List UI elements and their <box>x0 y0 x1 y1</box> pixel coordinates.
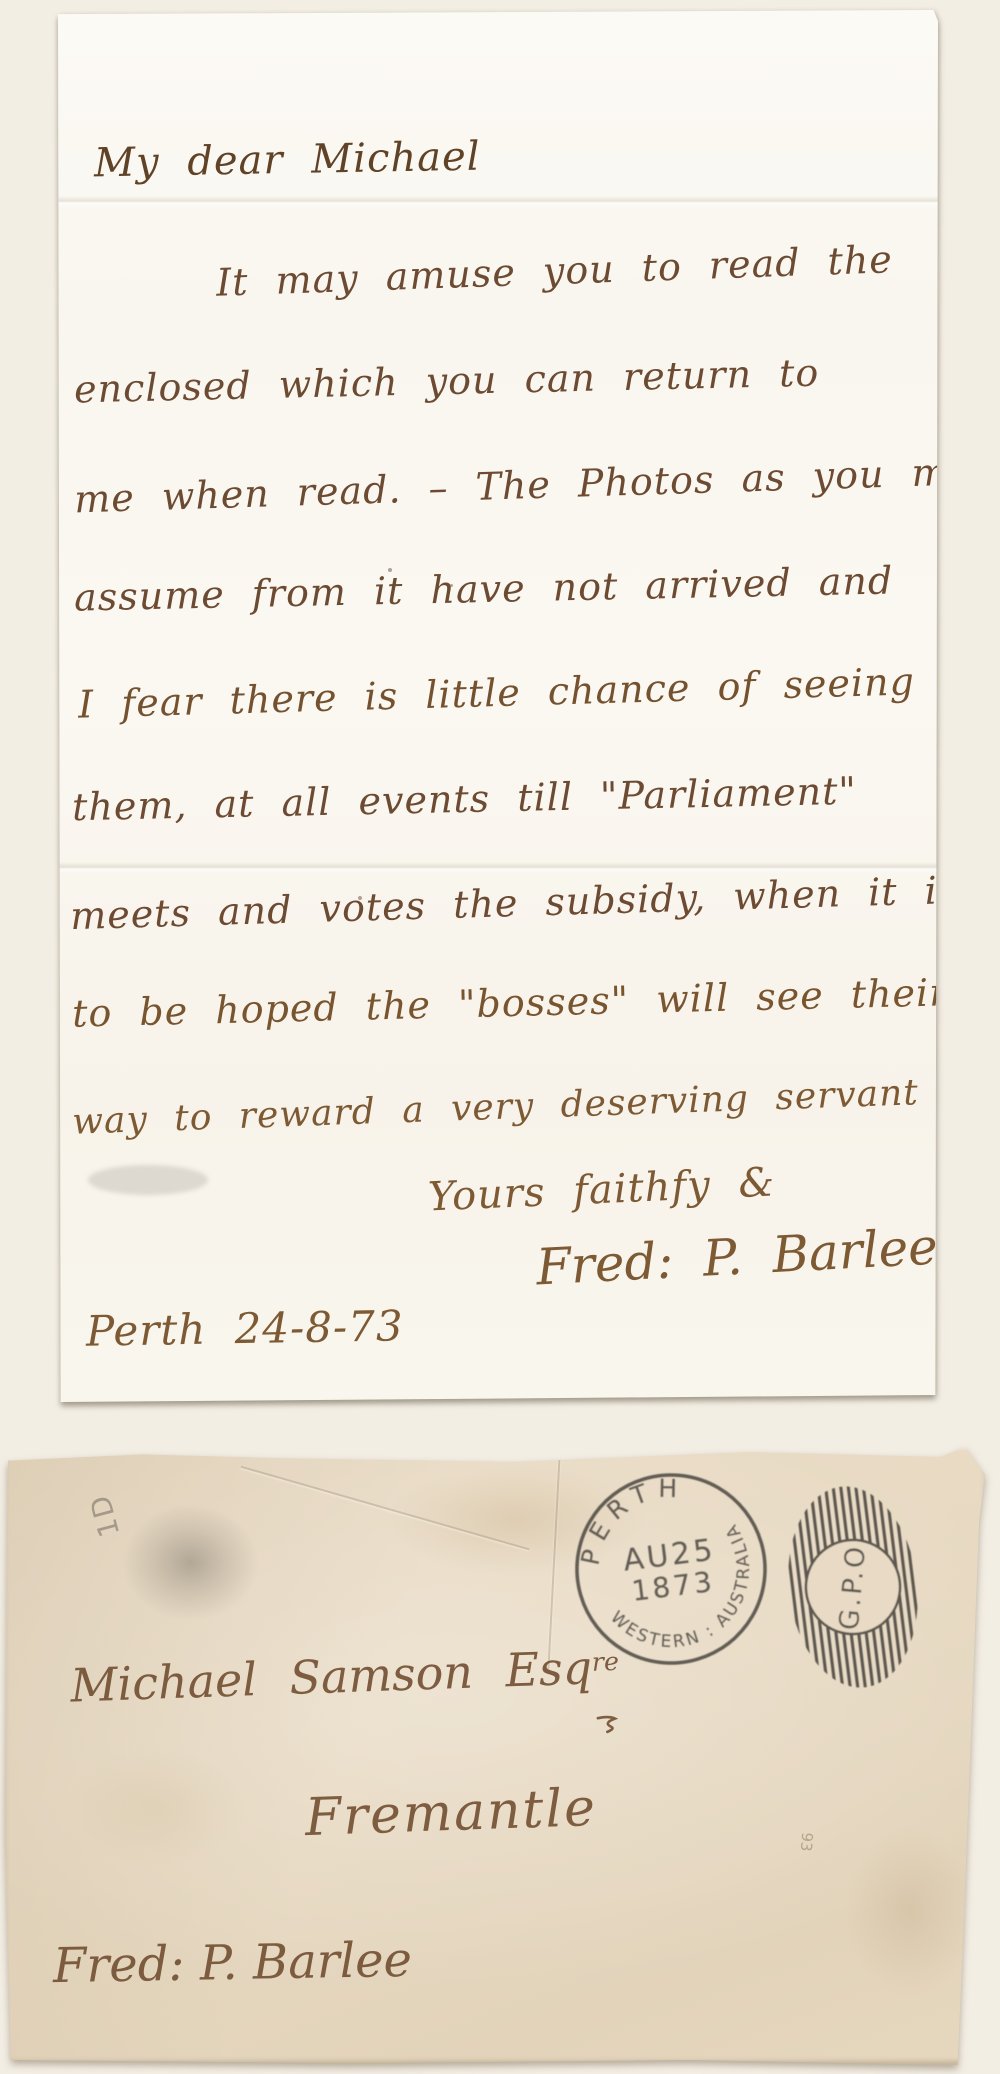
envelope-stain <box>845 1827 975 1997</box>
ink-speck <box>388 568 392 572</box>
letter-line: meets and votes the subsidy, when it is <box>70 871 959 935</box>
letter-dateline: Perth 24-8-73 <box>86 1305 404 1353</box>
ink-speck <box>358 896 362 900</box>
envelope-address-name: Michael Samson Esqre <box>70 1643 622 1752</box>
postmark-gpo-oval: G.P.O <box>770 1473 936 1701</box>
smudged-postmark <box>123 1505 258 1620</box>
letter-salutation: My dear Michael <box>94 137 481 184</box>
scan-root: My dear Michael It may amuse you to read… <box>0 0 1000 2074</box>
ink-smudge <box>88 1165 208 1195</box>
letter-line: me when read. – The Photos as you may <box>74 452 996 519</box>
ink-speck <box>510 912 513 915</box>
letter-line: assume from it have not arrived and <box>74 561 894 616</box>
letter-line: It may amuse you to read the <box>216 240 894 302</box>
envelope-sender-signature: Fred: P. Barlee <box>53 1936 413 1990</box>
address-name-suffix: re <box>591 1647 619 1677</box>
letter-line: them, at all events till "Parliament" <box>72 772 858 826</box>
letter-signature: Fred: P. Barlee <box>535 1222 939 1293</box>
fold-crease-top <box>58 196 938 208</box>
letter-line: I fear there is little chance of seeing <box>78 662 916 723</box>
flourish-squiggle <box>595 1713 622 1734</box>
letter-line: to be hoped the "bosses" will see their <box>72 973 949 1032</box>
letter-line: enclosed which you can return to <box>74 354 820 409</box>
pencil-note: 93 <box>797 1832 817 1853</box>
letter-valediction: Yours faithfy & <box>427 1162 776 1217</box>
letter-page: My dear Michael It may amuse you to read… <box>58 10 938 1402</box>
envelope-stain <box>65 1747 245 1867</box>
envelope-address-town: Fremantle <box>304 1782 597 1844</box>
ink-speck <box>450 584 453 587</box>
envelope: 1D PERTH WESTERN : AUSTRALIA <box>5 1447 985 2065</box>
letter-line: way to reward a very deserving servant <box>72 1075 920 1141</box>
